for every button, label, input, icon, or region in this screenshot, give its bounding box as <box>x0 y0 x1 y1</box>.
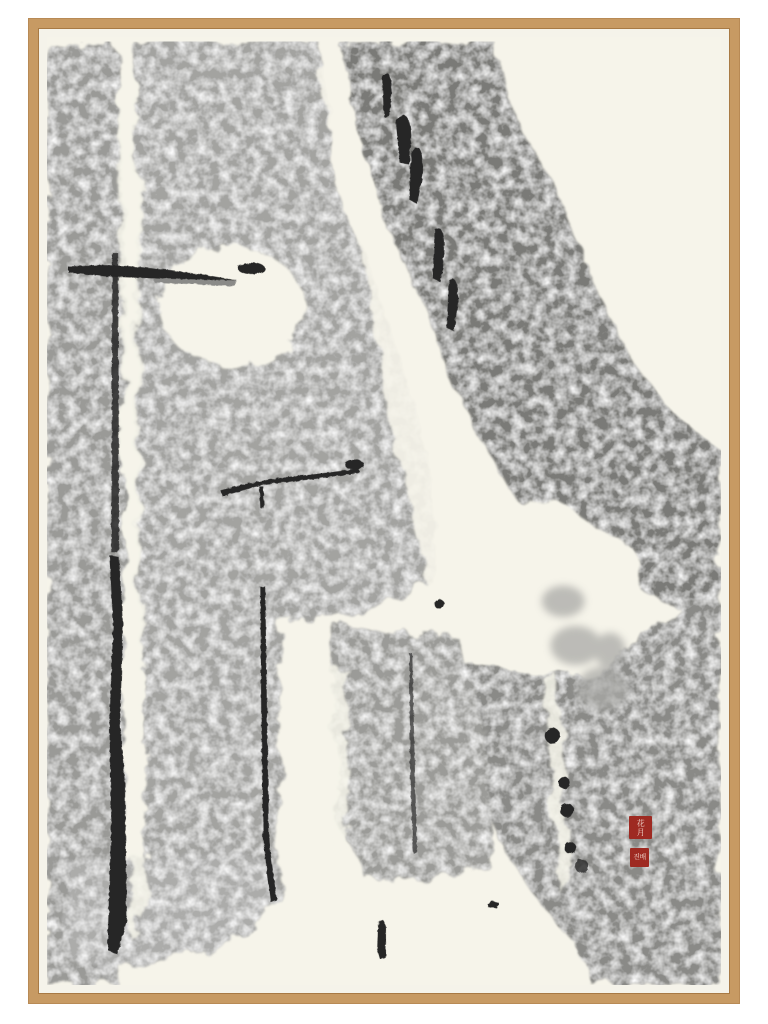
ink-wash-painting <box>47 37 721 985</box>
picture-frame: 花 月 진배 <box>29 19 739 1003</box>
lower-seal: 진배 <box>630 848 649 867</box>
upper-seal: 花 月 <box>629 816 652 839</box>
light-patch-upper-left <box>159 248 305 366</box>
stroke-small-bottom <box>377 920 386 960</box>
ink-dot-1 <box>545 728 561 744</box>
stroke-dot-upper <box>238 263 265 275</box>
painting-canvas: 花 月 진배 <box>47 37 721 985</box>
